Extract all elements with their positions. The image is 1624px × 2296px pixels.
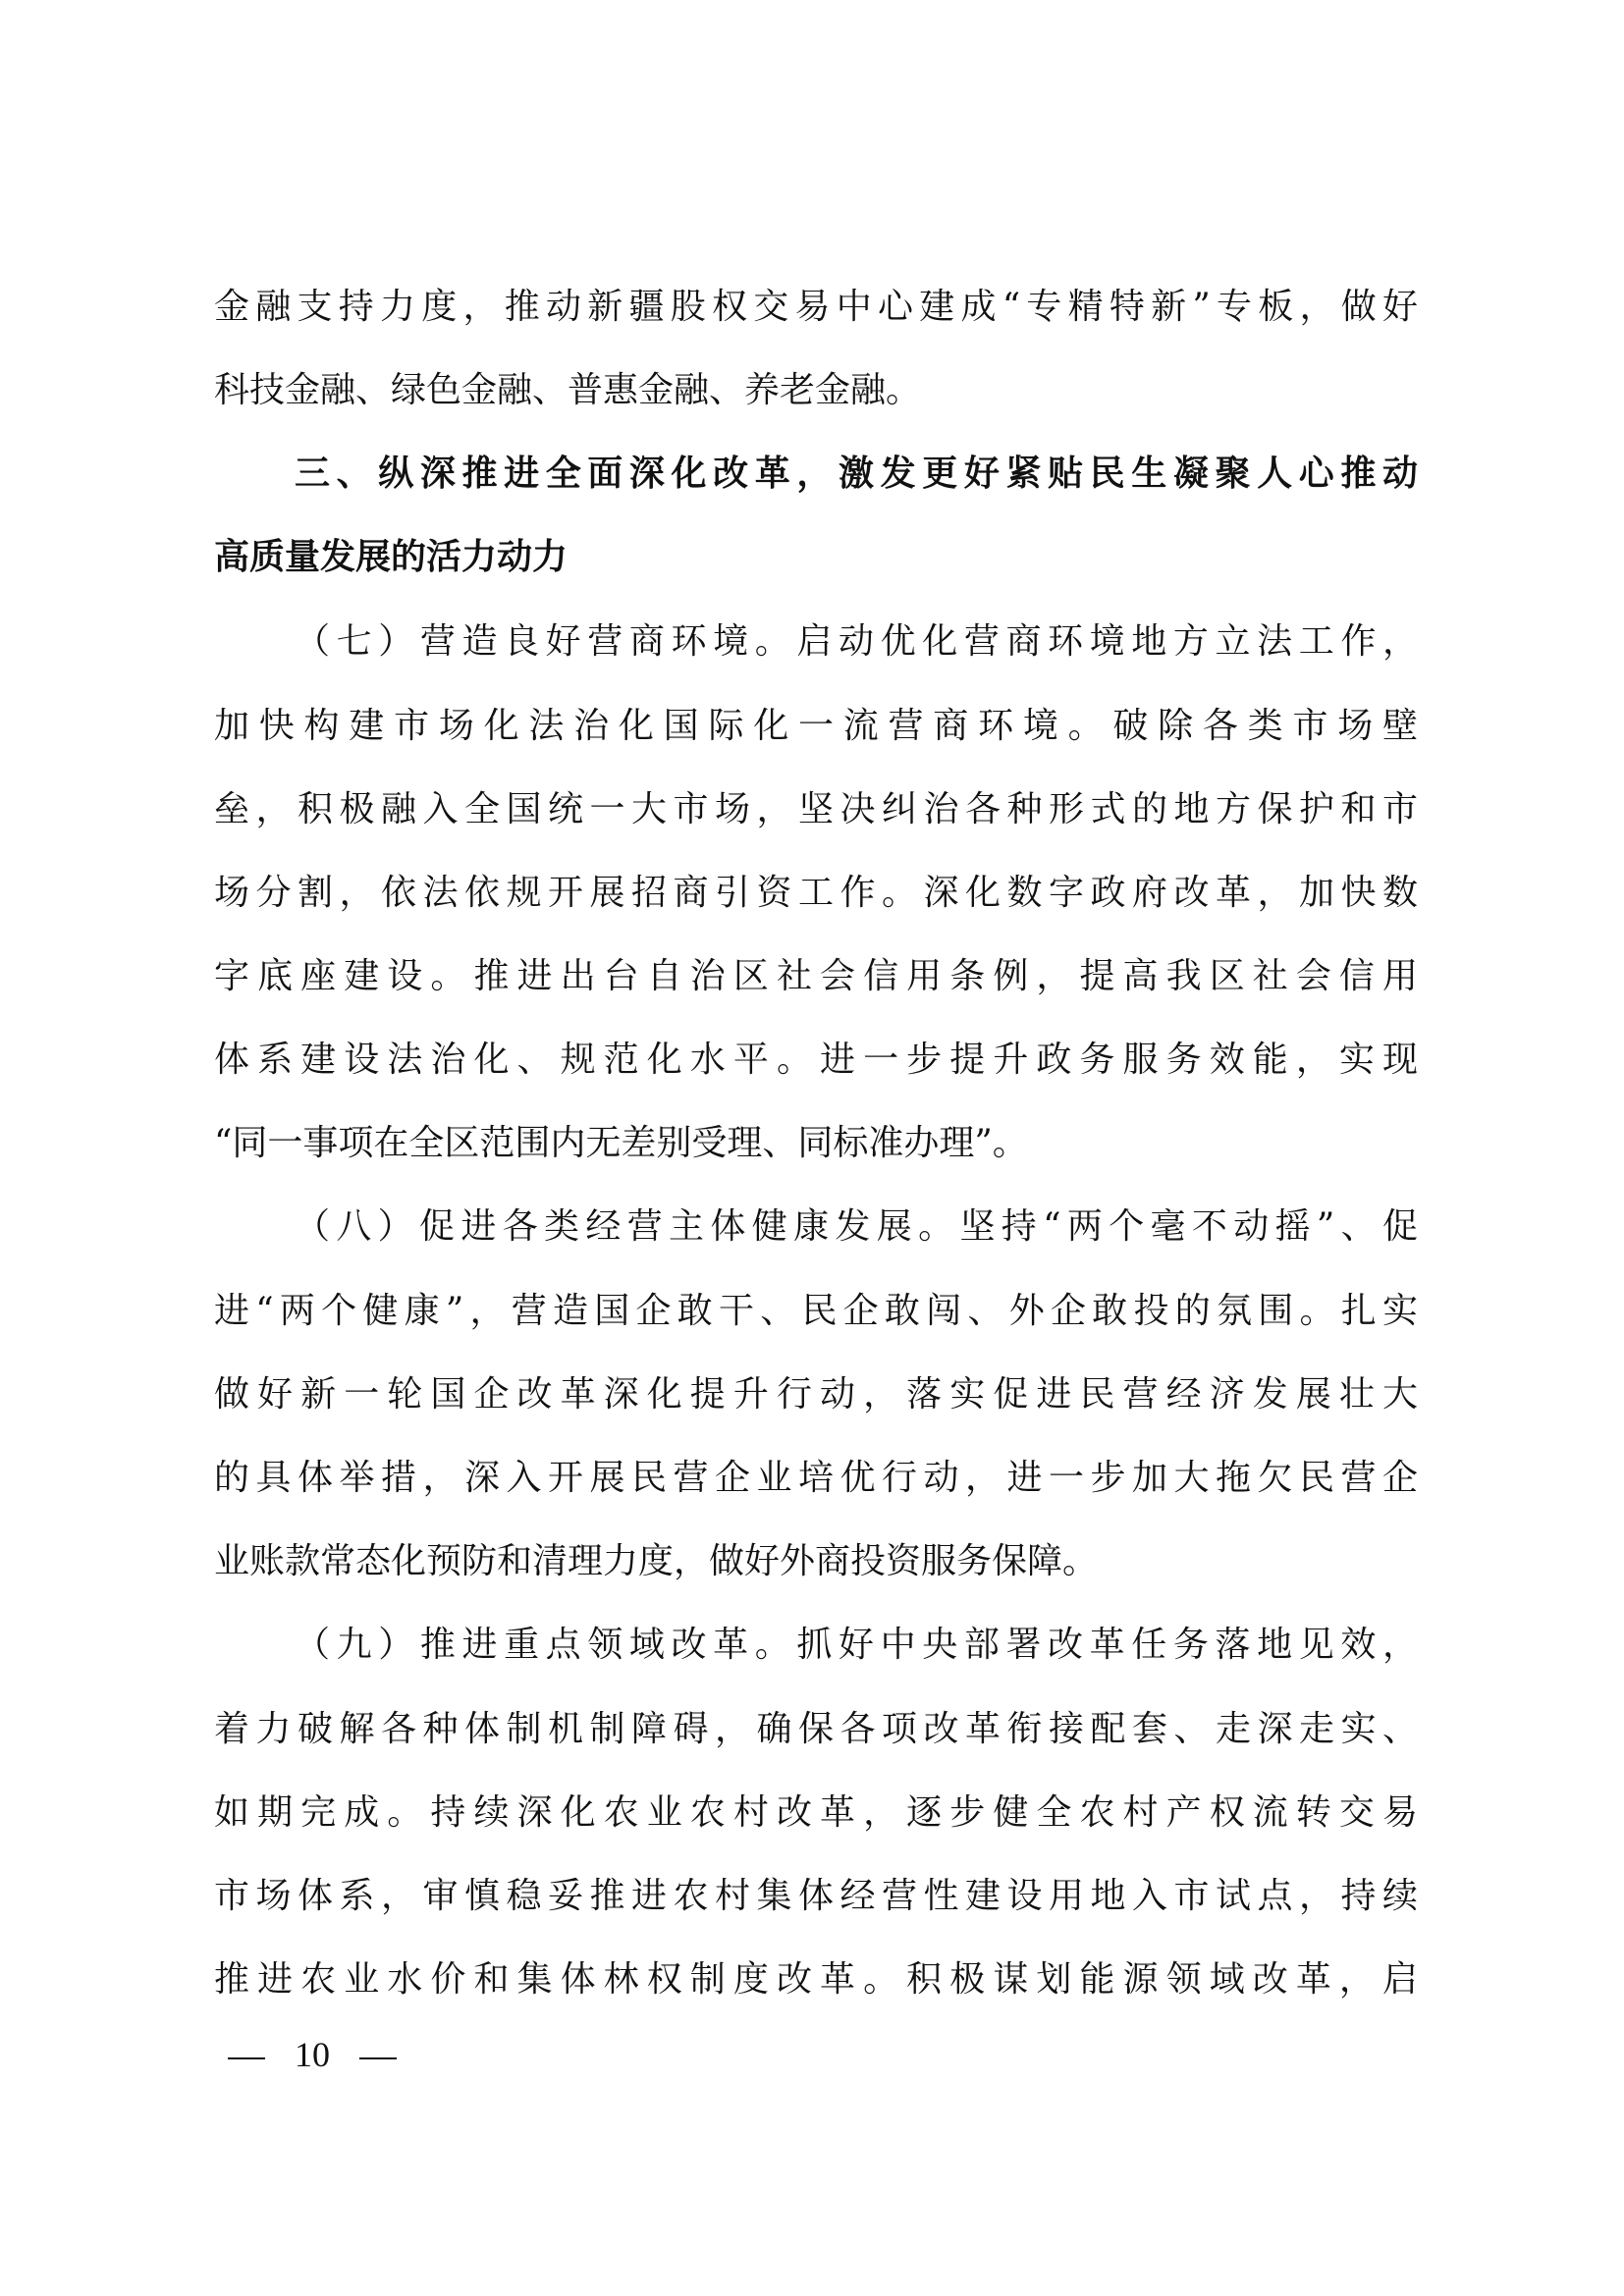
item-8-heading: （八）促进各类经营主体健康发展。 (295, 1206, 959, 1247)
item-8-first-line: （八）促进各类经营主体健康发展。坚持“两个毫不动摇”、促 (295, 1198, 1418, 1256)
paragraph-line: 的具体举措，深入开展民营企业培优行动，进一步加大拖欠民营企 (214, 1449, 1418, 1508)
item-9-heading: （九）推进重点领域改革。 (295, 1625, 796, 1665)
item-9-text: 抓好中央部署改革任务落地见效， (796, 1625, 1418, 1665)
paragraph-line: 字底座建设。推进出台自治区社会信用条例，提高我区社会信用 (214, 947, 1418, 1006)
paragraph-line: 加快构建市场化法治化国际化一流营商环境。破除各类市场壁 (214, 697, 1418, 756)
footer-dash-right (359, 2057, 397, 2059)
item-9-first-line: （九）推进重点领域改革。抓好中央部署改革任务落地见效， (295, 1616, 1418, 1675)
footer-dash-left (228, 2057, 265, 2059)
item-8-text: 坚持“两个毫不动摇”、促 (959, 1206, 1418, 1247)
paragraph-line: 做好新一轮国企改革深化提升行动，落实促进民营经济发展壮大 (214, 1365, 1418, 1424)
section-heading: 三、纵深推进全面深化改革，激发更好紧贴民生凝聚人心推动 (295, 445, 1418, 504)
item-7-text: 启动优化营商环境地方立法工作， (796, 621, 1418, 662)
paragraph-line: “同一事项在全区范围内无差别受理、同标准办理”。 (214, 1114, 1418, 1173)
paragraph-line: 体系建设法治化、规范化水平。进一步提升政务服务效能，实现 (214, 1031, 1418, 1090)
paragraph-line: 场分割，依法依规开展招商引资工作。深化数字政府改革，加快数 (214, 864, 1418, 923)
paragraph-line: 金融支持力度，推动新疆股权交易中心建成“专精特新”专板，做好 (214, 278, 1418, 337)
paragraph-line: 垒，积极融入全国统一大市场，坚决纠治各种形式的地方保护和市 (214, 780, 1418, 839)
item-7-heading: （七）营造良好营商环境。 (295, 621, 796, 662)
paragraph-line: 如期完成。持续深化农业农村改革，逐步健全农村产权流转交易 (214, 1784, 1418, 1842)
item-7-first-line: （七）营造良好营商环境。启动优化营商环境地方立法工作， (295, 613, 1418, 671)
paragraph-line: 着力破解各种体制机制障碍，确保各项改革衔接配套、走深走实、 (214, 1700, 1418, 1759)
paragraph-line: 进“两个健康”，营造国企敢干、民企敢闯、外企敢投的氛围。扎实 (214, 1282, 1418, 1341)
paragraph-line: 科技金融、绿色金融、普惠金融、养老金融。 (214, 361, 1418, 420)
page-number: 10 (295, 2030, 330, 2079)
paragraph-line: 业账款常态化预防和清理力度，做好外商投资服务保障。 (214, 1532, 1418, 1591)
paragraph-line: 市场体系，审慎稳妥推进农村集体经营性建设用地入市试点，持续 (214, 1867, 1418, 1926)
paragraph-line: 推进农业水价和集体林权制度改革。积极谋划能源领域改革，启 (214, 1950, 1418, 2009)
page-footer: 10 (228, 2030, 397, 2079)
section-heading: 高质量发展的活力动力 (214, 528, 1418, 587)
